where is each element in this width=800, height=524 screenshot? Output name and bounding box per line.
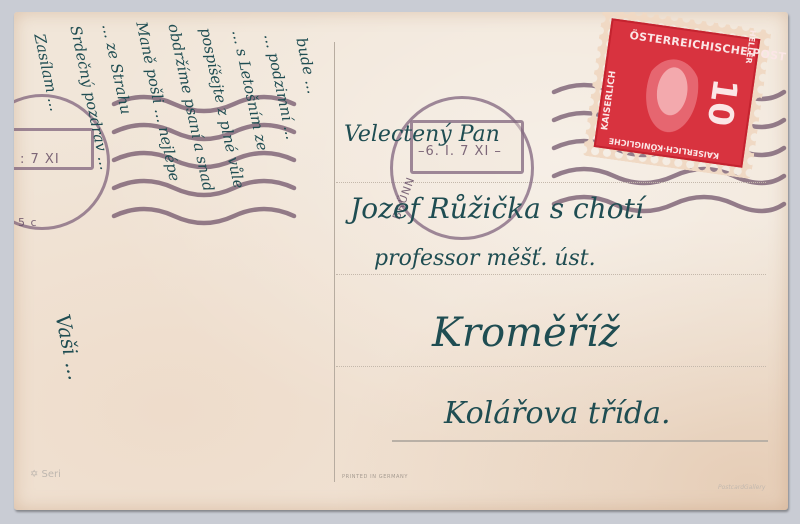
address-line: [392, 440, 768, 442]
crown-crest-icon: [636, 55, 707, 143]
stamp-face: ÖSTERREICHISCHE·POST KAISERLICH KAISERLI…: [594, 18, 761, 168]
printed-in-germany-label: PRINTED IN GERMANY: [342, 474, 408, 480]
center-divider: [334, 42, 335, 482]
address-title: professor měšť. úst.: [374, 246, 596, 271]
address-salutation: Velectený Pan: [344, 122, 500, 147]
address-line: [336, 274, 766, 275]
watermark-right: PostcardGallery: [718, 484, 765, 491]
stamp-left-text: KAISERLICH: [600, 70, 618, 131]
stamp-value: 10: [698, 76, 744, 128]
postmark-left-date: : 7 XI: [20, 152, 60, 167]
address-street: Kolářova třída.: [444, 396, 671, 431]
watermark-left: ✡ Seri: [30, 469, 61, 480]
postmark-left-code: 5 c: [18, 216, 38, 229]
postcard: ÖSTERREICHISCHE·POST KAISERLICH KAISERLI…: [14, 12, 788, 510]
address-line: [336, 366, 766, 367]
address-city: Kroměříž: [432, 310, 620, 356]
address-name: Jozef Růžička s chotí: [350, 192, 644, 225]
postage-stamp: ÖSTERREICHISCHE·POST KAISERLICH KAISERLI…: [582, 12, 771, 179]
